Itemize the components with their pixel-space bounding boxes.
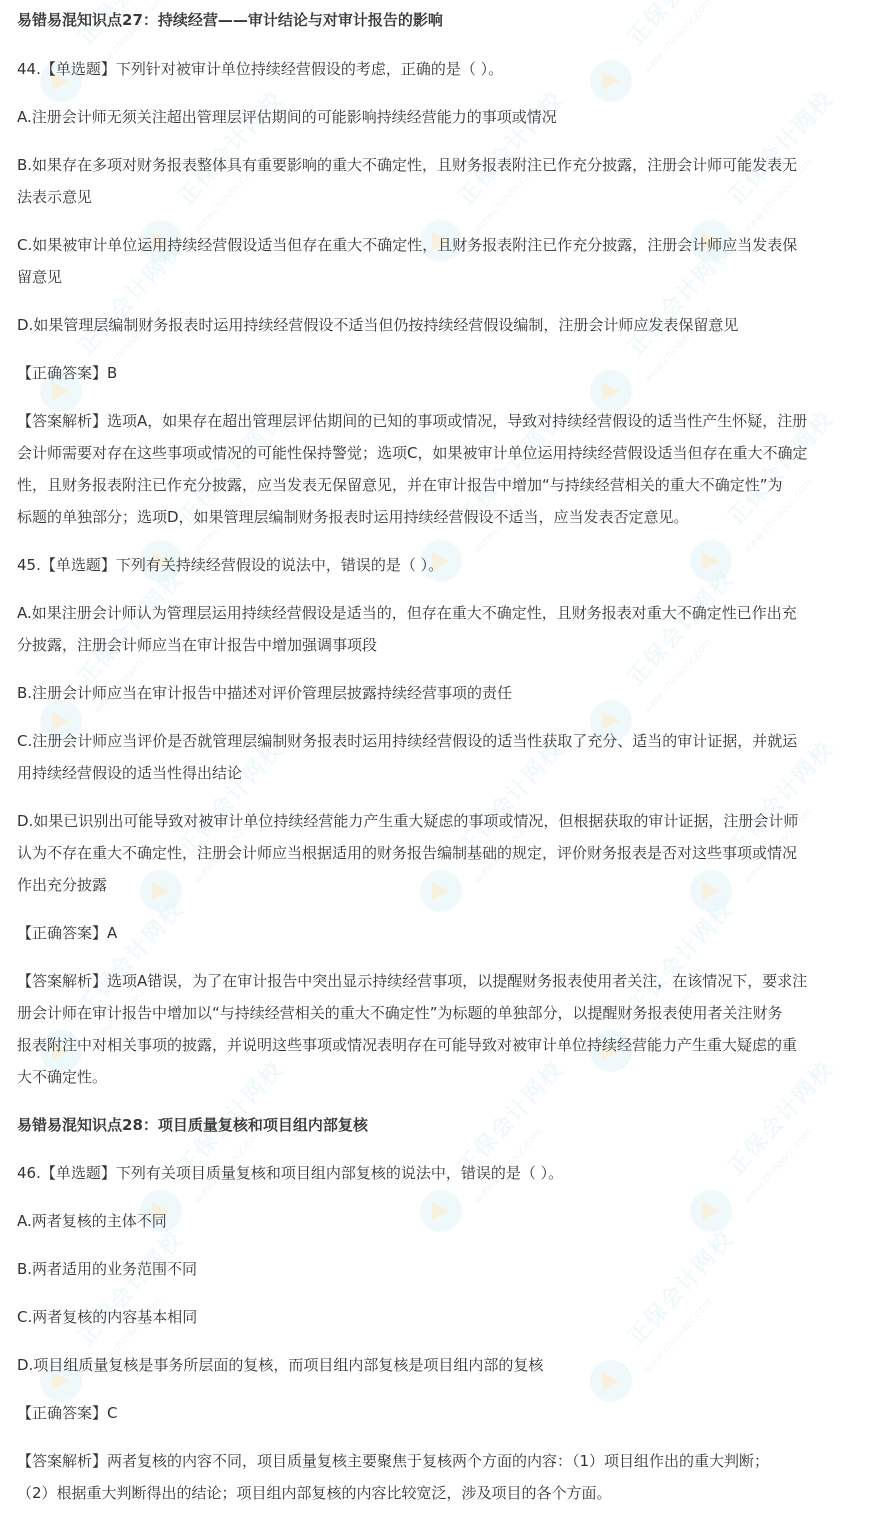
option-d: D.如果已识别出可能导致对被审计单位持续经营能力产生重大疑虑的事项或情况，但根据… bbox=[17, 805, 862, 837]
answer-analysis: （2）根据重大判断得出的结论；项目组内部复核的内容比较宽泛，涉及项目的各个方面。 bbox=[17, 1477, 862, 1509]
correct-answer: 【正确答案】C bbox=[17, 1397, 862, 1429]
option-c-cont: 留意见 bbox=[17, 261, 862, 293]
option-d-cont: 作出充分披露 bbox=[17, 869, 862, 901]
question-stem: 44.【单选题】下列针对被审计单位持续经营假设的考虑，正确的是（ ）。 bbox=[17, 53, 862, 85]
answer-analysis: 性，且财务报表附注已作充分披露，应当发表无保留意见，并在审计报告中增加“与持续经… bbox=[17, 469, 862, 501]
answer-analysis: 【答案解析】两者复核的内容不同，项目质量复核主要聚焦于复核两个方面的内容：（1）… bbox=[17, 1445, 862, 1477]
option-a: A.两者复核的主体不同 bbox=[17, 1205, 862, 1237]
option-b: B.注册会计师应当在审计报告中描述对评价管理层披露持续经营事项的责任 bbox=[17, 677, 862, 709]
option-d: D.项目组质量复核是事务所层面的复核，而项目组内部复核是项目组内部的复核 bbox=[17, 1349, 862, 1381]
option-a: A.如果注册会计师认为管理层运用持续经营假设是适当的，但存在重大不确定性，且财务… bbox=[17, 597, 862, 629]
option-d: D.如果管理层编制财务报表时运用持续经营假设不适当但仍按持续经营假设编制，注册会… bbox=[17, 309, 862, 341]
answer-analysis: 大不确定性。 bbox=[17, 1061, 862, 1093]
answer-analysis: 报表附注中对相关事项的披露，并说明这些事项或情况表明存在可能导致对被审计单位持续… bbox=[17, 1029, 862, 1061]
option-b: B.如果存在多项对财务报表整体具有重要影响的重大不确定性，且财务报表附注已作充分… bbox=[17, 149, 862, 181]
answer-analysis: 标题的单独部分；选项D，如果管理层编制财务报表时运用持续经营假设不适当，应当发表… bbox=[17, 501, 862, 533]
option-a: A.注册会计师无须关注超出管理层评估期间的可能影响持续经营能力的事项或情况 bbox=[17, 101, 862, 133]
option-c-cont: 用持续经营假设的适当性得出结论 bbox=[17, 757, 862, 789]
option-a-cont: 分披露，注册会计师应当在审计报告中增加强调事项段 bbox=[17, 629, 862, 661]
correct-answer: 【正确答案】B bbox=[17, 357, 862, 389]
section-heading: 易错易混知识点27：持续经营——审计结论与对审计报告的影响 bbox=[17, 4, 862, 36]
question-stem: 46.【单选题】下列有关项目质量复核和项目组内部复核的说法中，错误的是（ ）。 bbox=[17, 1157, 862, 1189]
option-c: C.两者复核的内容基本相同 bbox=[17, 1301, 862, 1333]
option-d-cont: 认为不存在重大不确定性，注册会计师应当根据适用的财务报告编制基础的规定，评价财务… bbox=[17, 837, 862, 869]
option-b-cont: 法表示意见 bbox=[17, 181, 862, 213]
question-stem: 45.【单选题】下列有关持续经营假设的说法中，错误的是（ ）。 bbox=[17, 549, 862, 581]
option-c: C.如果被审计单位运用持续经营假设适当但存在重大不确定性，且财务报表附注已作充分… bbox=[17, 229, 862, 261]
answer-analysis: 【答案解析】选项A，如果存在超出管理层评估期间的已知的事项或情况，导致对持续经营… bbox=[17, 405, 862, 437]
section-heading: 易错易混知识点28：项目质量复核和项目组内部复核 bbox=[17, 1109, 862, 1141]
option-c: C.注册会计师应当评价是否就管理层编制财务报表时运用持续经营假设的适当性获取了充… bbox=[17, 725, 862, 757]
correct-answer: 【正确答案】A bbox=[17, 917, 862, 949]
answer-analysis: 会计师需要对存在这些事项或情况的可能性保持警觉；选项C，如果被审计单位运用持续经… bbox=[17, 437, 862, 469]
document-page: 正保会计网校www.chinaacc.com 正保会计网校www.chinaac… bbox=[0, 0, 870, 1513]
option-b: B.两者适用的业务范围不同 bbox=[17, 1253, 862, 1285]
answer-analysis: 【答案解析】选项A错误，为了在审计报告中突出显示持续经营事项，以提醒财务报表使用… bbox=[17, 965, 862, 997]
answer-analysis: 册会计师在审计报告中增加以“与持续经营相关的重大不确定性”为标题的单独部分，以提… bbox=[17, 997, 862, 1029]
